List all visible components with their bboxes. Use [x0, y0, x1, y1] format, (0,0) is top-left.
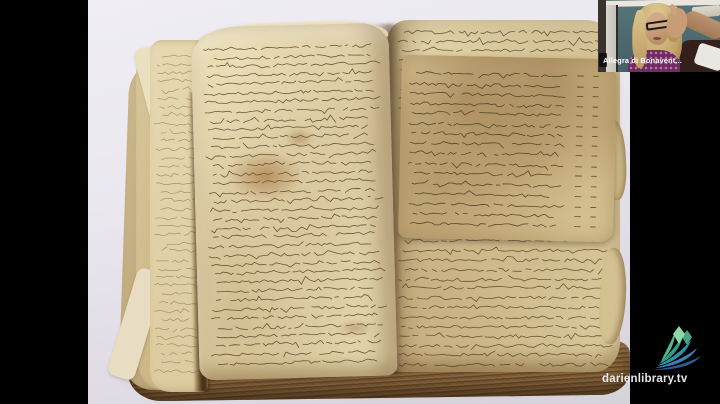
participant-mouth: [653, 37, 661, 40]
watermark-text: darienlibrary.tv: [602, 373, 716, 385]
video-frame: Allegra di Bonavent... darienlibrary.tv: [0, 0, 720, 404]
participant-name-label: Allegra di Bonavent...: [599, 53, 607, 67]
ink-stain: [338, 320, 372, 336]
participant-name-text: Allegra di Bonavent...: [603, 56, 682, 65]
loose-manuscript-sheet: [398, 55, 617, 242]
webcam-thumbnail: Allegra di Bonavent...: [598, 0, 720, 72]
handwriting-texture: [398, 55, 617, 242]
darien-library-leaf-icon: [648, 324, 706, 374]
ink-stain: [226, 150, 304, 202]
manuscript-photo: [88, 0, 630, 404]
channel-watermark: darienlibrary.tv: [600, 324, 718, 396]
ink-stain: [284, 128, 314, 148]
